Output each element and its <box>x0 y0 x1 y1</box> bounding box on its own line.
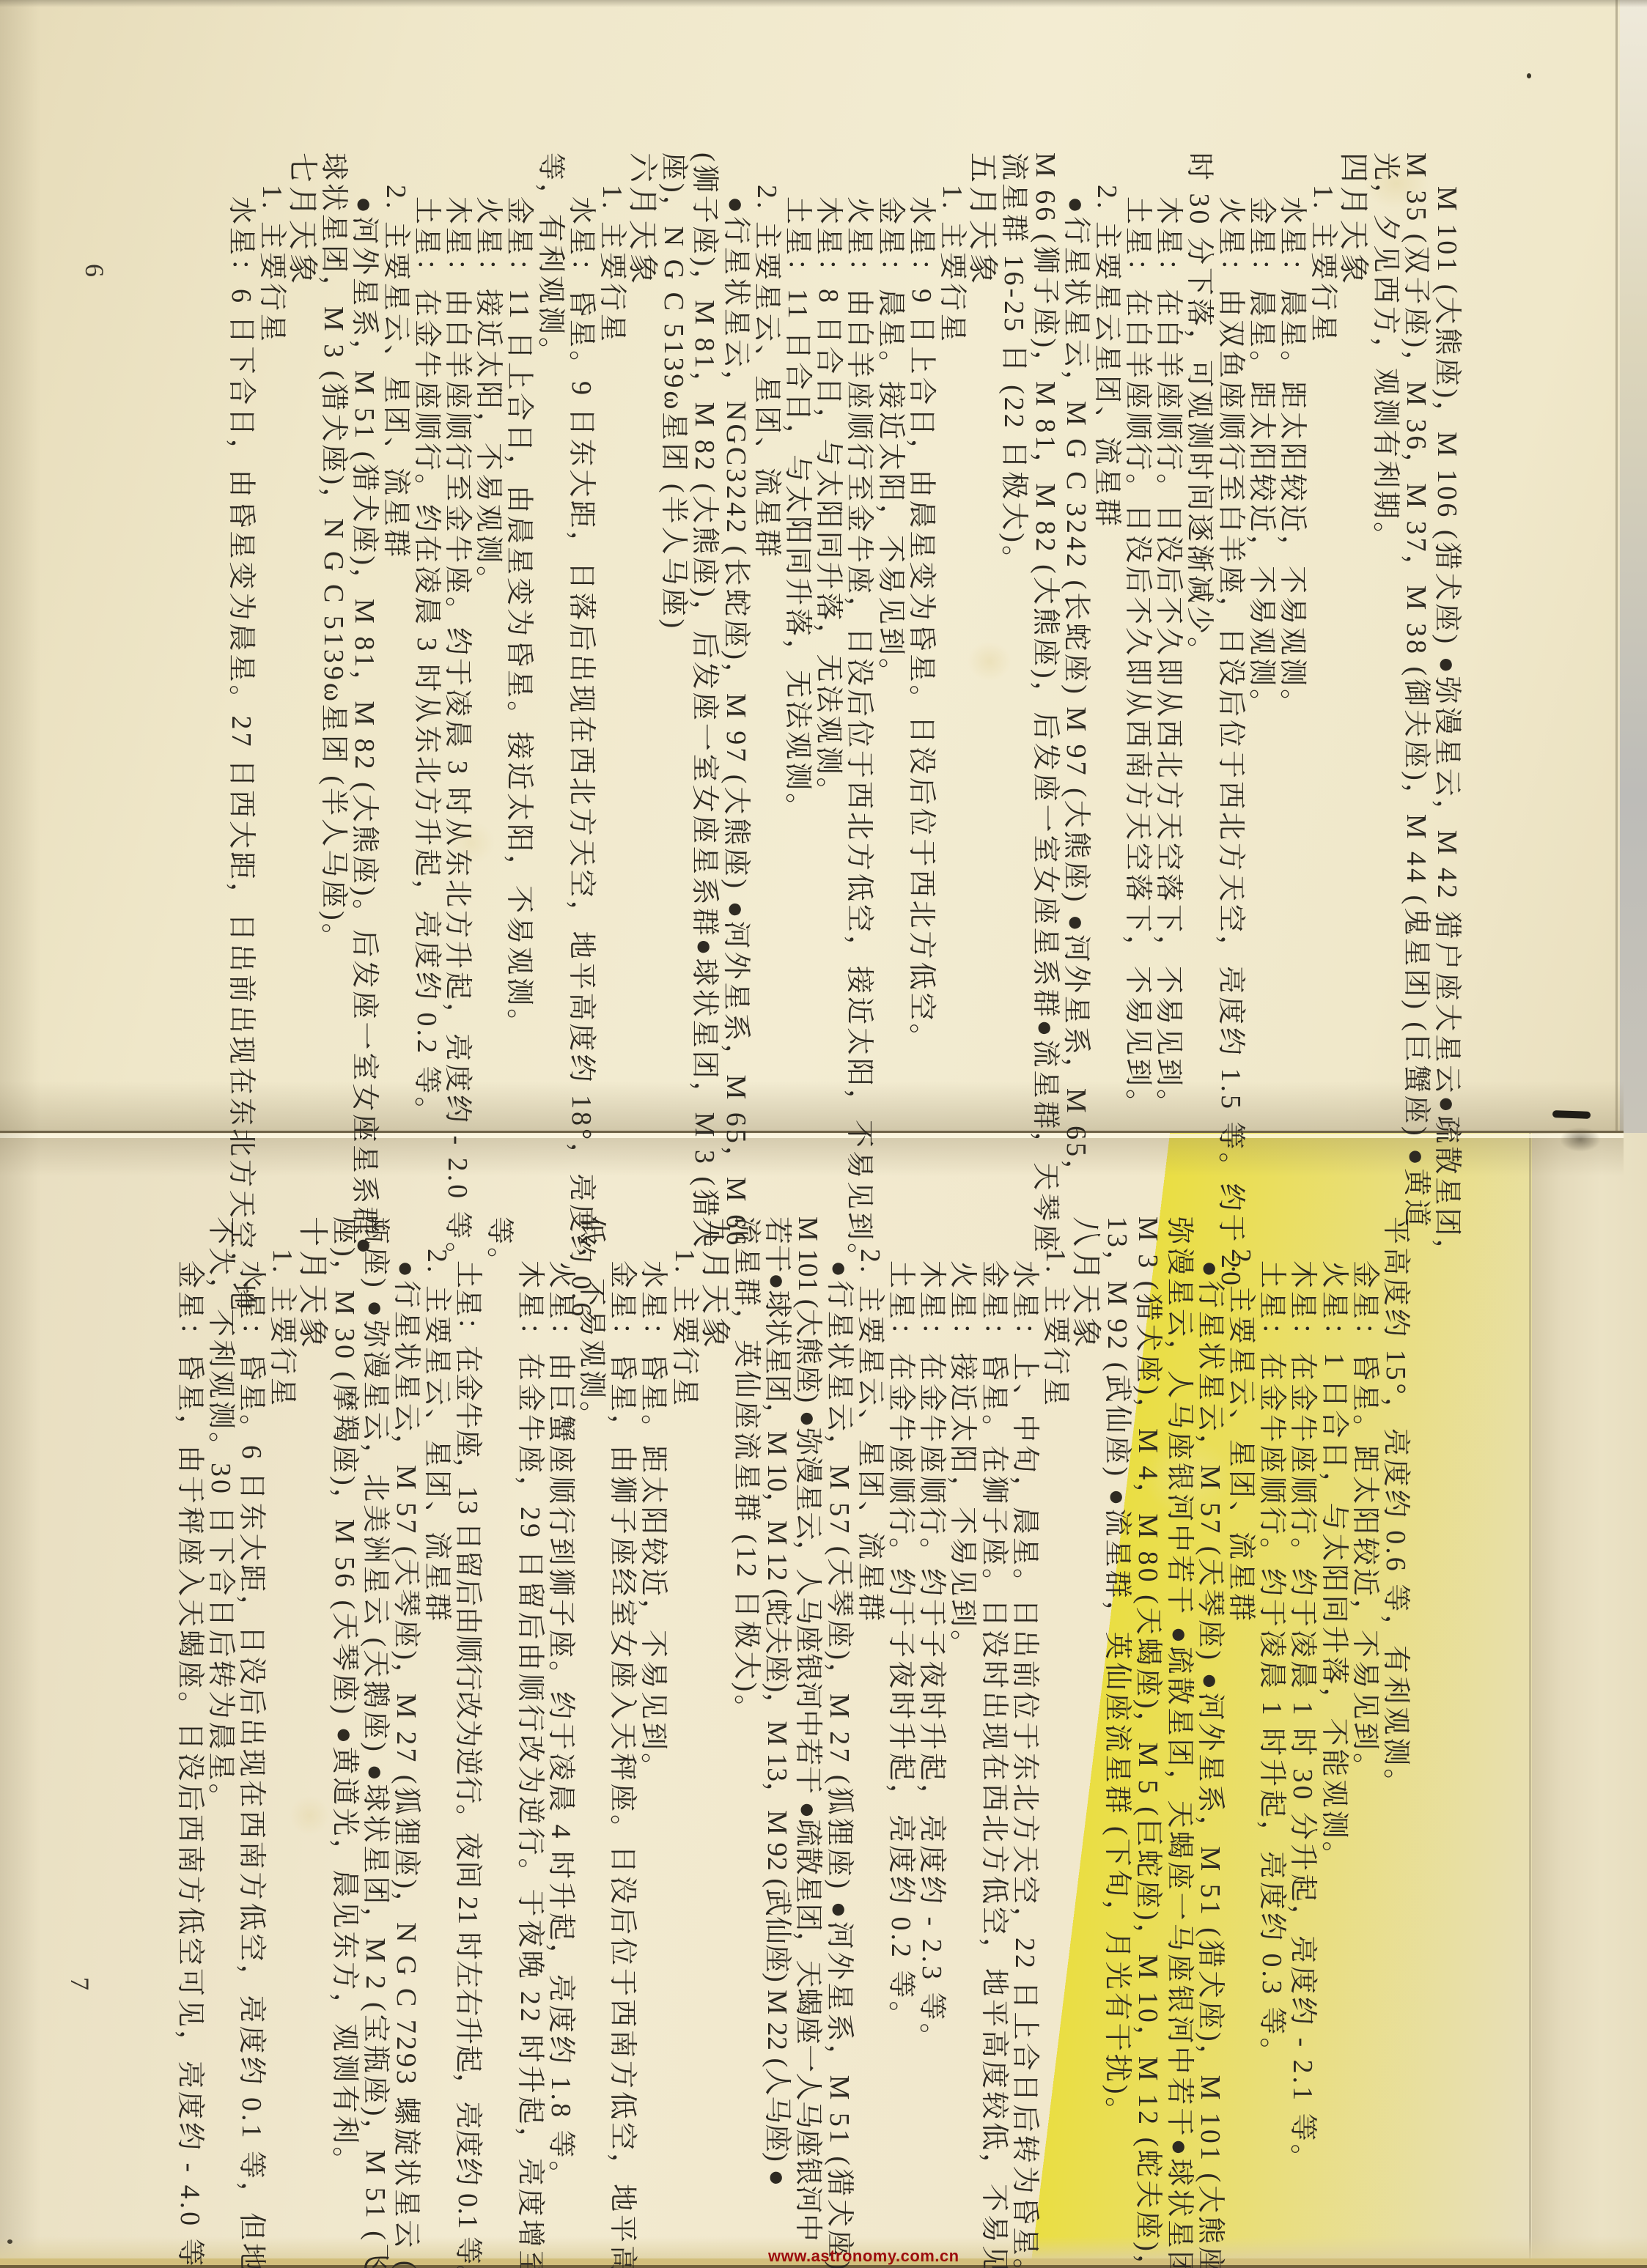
text-line: 低，不易观测。 <box>576 1216 607 2118</box>
text-line: 火星：1 日合日，与太阳同升落，不能观测。 <box>1318 1216 1349 2118</box>
text-line: M 3 (猎犬座)，M 4，M 80 (天蝎座)，M 5 (巨蛇座)，M 10，… <box>1132 1216 1163 2118</box>
text-line: 水星：上、中旬，晨星。日出前位于东北方天空，22 日上合日后转为昏星。 <box>1009 1216 1040 2118</box>
text-line: 金星：昏星。在狮子座。日没时出现在西北方低空，地平高度较低，不易见到。 <box>978 1216 1009 2118</box>
text-line: 2. 主要星云、星团、流星群 <box>421 1216 452 2118</box>
text-line: 不大，不利观测。30 日下合日后转为晨星。 <box>205 1216 236 2118</box>
text-line: 1. 主要行星 <box>1040 1216 1071 2118</box>
text-line: M 66 (狮子座)，M 81，M 82 (大熊座)，后发座一室女座星系群●流星… <box>1029 152 1060 1054</box>
text-line: 座)，N G C 5139ω星团 (半人马座) <box>658 152 689 1054</box>
text-line: 火星：由双鱼座顺行至白羊座，日没后位于西北方天空，亮度约 1.5 等。约于 20 <box>1215 152 1246 1054</box>
text-line: 2. 主要星云、星团、流星群 <box>380 152 410 1054</box>
text-line: ●行星状星云，M 57 (天琴座) ●河外星系，M 51 (猎犬座)，M 101… <box>1195 1216 1226 2118</box>
text-line: 水星：昏星。距太阳较近，不易见到。 <box>638 1216 668 2118</box>
text-line: 水星：晨星。距太阳较近，不易观测。 <box>1277 152 1308 1054</box>
text-line: 八月天象 <box>1071 1216 1102 2118</box>
text-line: 2. 主要星云、星团、流星群 <box>1226 1216 1256 2118</box>
left-edge-shade <box>0 0 40 2268</box>
text-line: 1. 主要行星 <box>597 152 627 1054</box>
page-number: 6 <box>79 264 110 277</box>
text-line: 四月天象 <box>1338 152 1369 1054</box>
text-line: 六月天象 <box>627 152 658 1054</box>
text-line: 1. 主要行星 <box>937 152 968 1054</box>
page-6-lines: M 101 (大熊座)，M 106 (猎犬座) ●弥漫星云，M 42 猎户座大星… <box>226 152 1463 1054</box>
text-line: ●行星状星云，M G C 3242 (长蛇座) M 97 (大熊座) ●河外星系… <box>1061 152 1091 1054</box>
text-line: 金星：晨星。距太阳较近，不易观测。 <box>1246 152 1277 1054</box>
text-line: ●行星状星云，M 57 (天琴座)，M 27 (狐狸座) ●河外星系，M 51 … <box>823 1216 854 2118</box>
text-line: 金星：昏星，由狮子座经室女座入天秤座。日没后位于西南方低空，地平高度较 <box>607 1216 638 2118</box>
text-line: 光，夕见西方，观测有利期。 <box>1369 152 1400 1054</box>
text-line: 五月天象 <box>968 152 998 1054</box>
page-7-lines: 平高度约 15°，亮度约 0.6 等，有利观测。金星：昏星。距太阳较近，不易见到… <box>174 1216 1412 2118</box>
scanned-book-spread: { "document": { "type": "scanned book sp… <box>0 0 1647 2268</box>
page-6-content: M 101 (大熊座)，M 106 (猎犬座) ●弥漫星云，M 42 猎户座大星… <box>224 152 1462 1054</box>
text-line: 木星：8 日合日，与太阳同升落，无法观测。 <box>813 152 844 1054</box>
text-line: 火星：由白羊座顺行至金牛座，日没后位于西北方低空，接近太阳，不易见到。 <box>844 152 874 1054</box>
text-line: 座)，M 30 (摩羯座)，M 56 (天琴座) ●黄道光，晨见东方，观测有利。 <box>328 1216 359 2118</box>
text-line: 1. 主要行星 <box>1308 152 1338 1054</box>
text-line: 水星：昏星。6 日东大距，日没后出现在西南方低空，亮度约 0.1 等，但地平高度 <box>236 1216 267 2118</box>
top-edge-shade <box>0 0 1647 7</box>
text-line: (狮子座)，M 81，M 82 (大熊座)，后发座一室女座星系群●球状星团，M … <box>689 152 720 1054</box>
text-line: M 101 (大熊座) ●弥漫星云，人马座银河中若干 ●疏散星团，天蝎座一人马座… <box>792 1216 823 2118</box>
text-line: 等。 <box>483 1216 514 2118</box>
text-line: 平高度约 15°，亮度约 0.6 等，有利观测。 <box>1380 1216 1411 2118</box>
text-line: 火星：接近太阳，不易见到。 <box>947 1216 978 2118</box>
text-line: 金星：昏星。距太阳较近，不易见到。 <box>1349 1216 1380 2118</box>
text-line: 13，M 92 (武仙座) ●流星群，英仙座流星群 (下旬，月光有干扰)。 <box>1102 1216 1132 2118</box>
text-line: ●河外星系，M 51 (猎犬座)，M 81，M 82 (大熊座)。后发座一室女座… <box>349 152 380 1054</box>
text-line: 土星：在金牛座顺行。约于子夜时升起，亮度约 0.2 等。 <box>885 1216 916 2118</box>
text-line: ●行星状星云，NGC3242 (长蛇座)，M 97 (大熊座) ●河外星系，M … <box>721 152 751 1054</box>
text-line: 水星：9 日上合日，由晨星变为昏星。日没后位于西北方低空。 <box>906 152 937 1054</box>
text-line: 弥漫星云，人马座银河中若干 ●疏散星团，天蝎座一马座银河中若干●球状星团， <box>1164 1216 1195 2118</box>
page-6-right-edge-line <box>1615 0 1618 1133</box>
text-line: 木星：由白羊座顺行至金牛座。约于凌晨 3 时从东北方升起，亮度约 - 2.0 等… <box>442 152 473 1054</box>
text-line: 火星：接近太阳，不易观测。 <box>473 152 504 1054</box>
text-line: 木星：在白羊座顺行。日没后不久即从西北方天空落下，不易见到。 <box>1153 152 1184 1054</box>
text-line: 2. 主要星云、星团、流星群 <box>751 152 782 1054</box>
text-line: 土星：11 日合日，与太阳同升落，无法观测。 <box>782 152 813 1054</box>
text-line: 若干●球状星团，M 10，M 12 (蛇夫座)，M 13，M 92 (武仙座) … <box>762 1216 792 2118</box>
text-line: 1. 主要行星 <box>257 152 287 1054</box>
page-7-right-edge-line <box>1529 1133 1531 2268</box>
text-line: M 101 (大熊座)，M 106 (猎犬座) ●弥漫星云，M 42 猎户座大星… <box>1432 152 1462 1054</box>
text-line: 金星：晨星。接近太阳，不易见到。 <box>874 152 905 1054</box>
page-number: 7 <box>65 1977 95 1990</box>
text-line: 七月天象 <box>287 152 318 1054</box>
text-line: 木星：在金牛座，29 日留后由顺行改为逆行。于夜晚 22 时升起，亮度增至 - … <box>515 1216 545 2118</box>
text-line: 时 30 分下落，可观测时间逐渐减少。 <box>1184 152 1215 1054</box>
text-line: 球状星团，M 3 (猎犬座)，N G C 5139ω星团 (半人马座)。 <box>318 152 349 1054</box>
text-line: 火星：由巨蟹座顺行到狮子座。约于凌晨 4 时升起，亮度约 1.8 等。 <box>545 1216 576 2118</box>
text-line: 流星群 16-25 日 (22 日极大)。 <box>998 152 1029 1054</box>
watermark-url: www.astronomy.com.cn <box>768 2247 915 2266</box>
text-line: 2. 主要星云、星团、流星群 <box>855 1216 885 2118</box>
text-line: 土星：在金牛座顺行。约在凌晨 3 时从东北方升起，亮度约 0.2 等。 <box>411 152 442 1054</box>
text-line: 水星：昏星。9 日东大距，日落后出现在西北方天空，地平高度约 18°，亮度约 0… <box>566 152 597 1054</box>
ink-speck <box>7 2239 12 2244</box>
ink-speck <box>1527 73 1531 78</box>
page-7-right-edge-band <box>1532 1133 1647 2268</box>
text-line: 木星：在金牛座顺行。约于子夜时升起，亮度约 - 2.3 等。 <box>916 1216 947 2118</box>
text-line: 1. 主要行星 <box>669 1216 700 2118</box>
text-line: 土星：在金牛座，13 日留后由顺行改为逆行。夜间 21 时左右升起，亮度约 0.… <box>452 1216 483 2118</box>
text-line: 十月天象 <box>298 1216 328 2118</box>
text-line: 九月天象 <box>700 1216 731 2118</box>
text-line: 木星：在金牛座顺行。约于凌晨 1 时 30 分升起，亮度约 - 2.1 等。 <box>1287 1216 1318 2118</box>
text-line: 流星群，英仙座流星群 (12 日极大)。 <box>731 1216 762 2118</box>
page-6-right-edge-band <box>1620 0 1647 1133</box>
text-line: 金星：昏星，由于秤座入天蝎座。日没后西南方低空可见，亮度约 - 4.0 等。 <box>174 1216 205 2118</box>
text-line: 瓶座) ●弥漫星云，北美洲星云 (天鹅座) ●球状星团，M 2 (宝瓶座)，M … <box>360 1216 391 2118</box>
text-line: M 35 (双子座)，M 36，M 37，M 38 (御夫座)，M 44 (鬼星… <box>1401 152 1432 1054</box>
text-line: ●行星状星云，M 57 (天琴座)，M 27 (狐狸座)，N G C 7293 … <box>391 1216 421 2118</box>
text-line: 等，有利观测。 <box>534 152 565 1054</box>
ink-smudge <box>1560 1127 1601 1152</box>
crease-dash-mark <box>1552 1110 1591 1119</box>
text-line: 2. 主要星云星团、流星群 <box>1091 152 1122 1054</box>
text-line: 土星：在金牛座顺行。约于凌晨 1 时升起，亮度约 0.3 等。 <box>1256 1216 1287 2118</box>
page-7-content: 平高度约 15°，亮度约 0.6 等，有利观测。金星：昏星。距太阳较近，不易见到… <box>172 1216 1411 2118</box>
text-line: 土星：在白羊座顺行。日没后不久即从西南方天空落下，不易见到。 <box>1122 152 1153 1054</box>
text-line: 1. 主要行星 <box>267 1216 298 2118</box>
text-line: 水星：6 日下合日，由昏星变为晨星。27 日西大距，日出前出现在东北方天空，地 <box>226 152 257 1054</box>
text-line: 金星：11 日上合日，由晨星变为昏星。接近太阳，不易观测。 <box>504 152 534 1054</box>
